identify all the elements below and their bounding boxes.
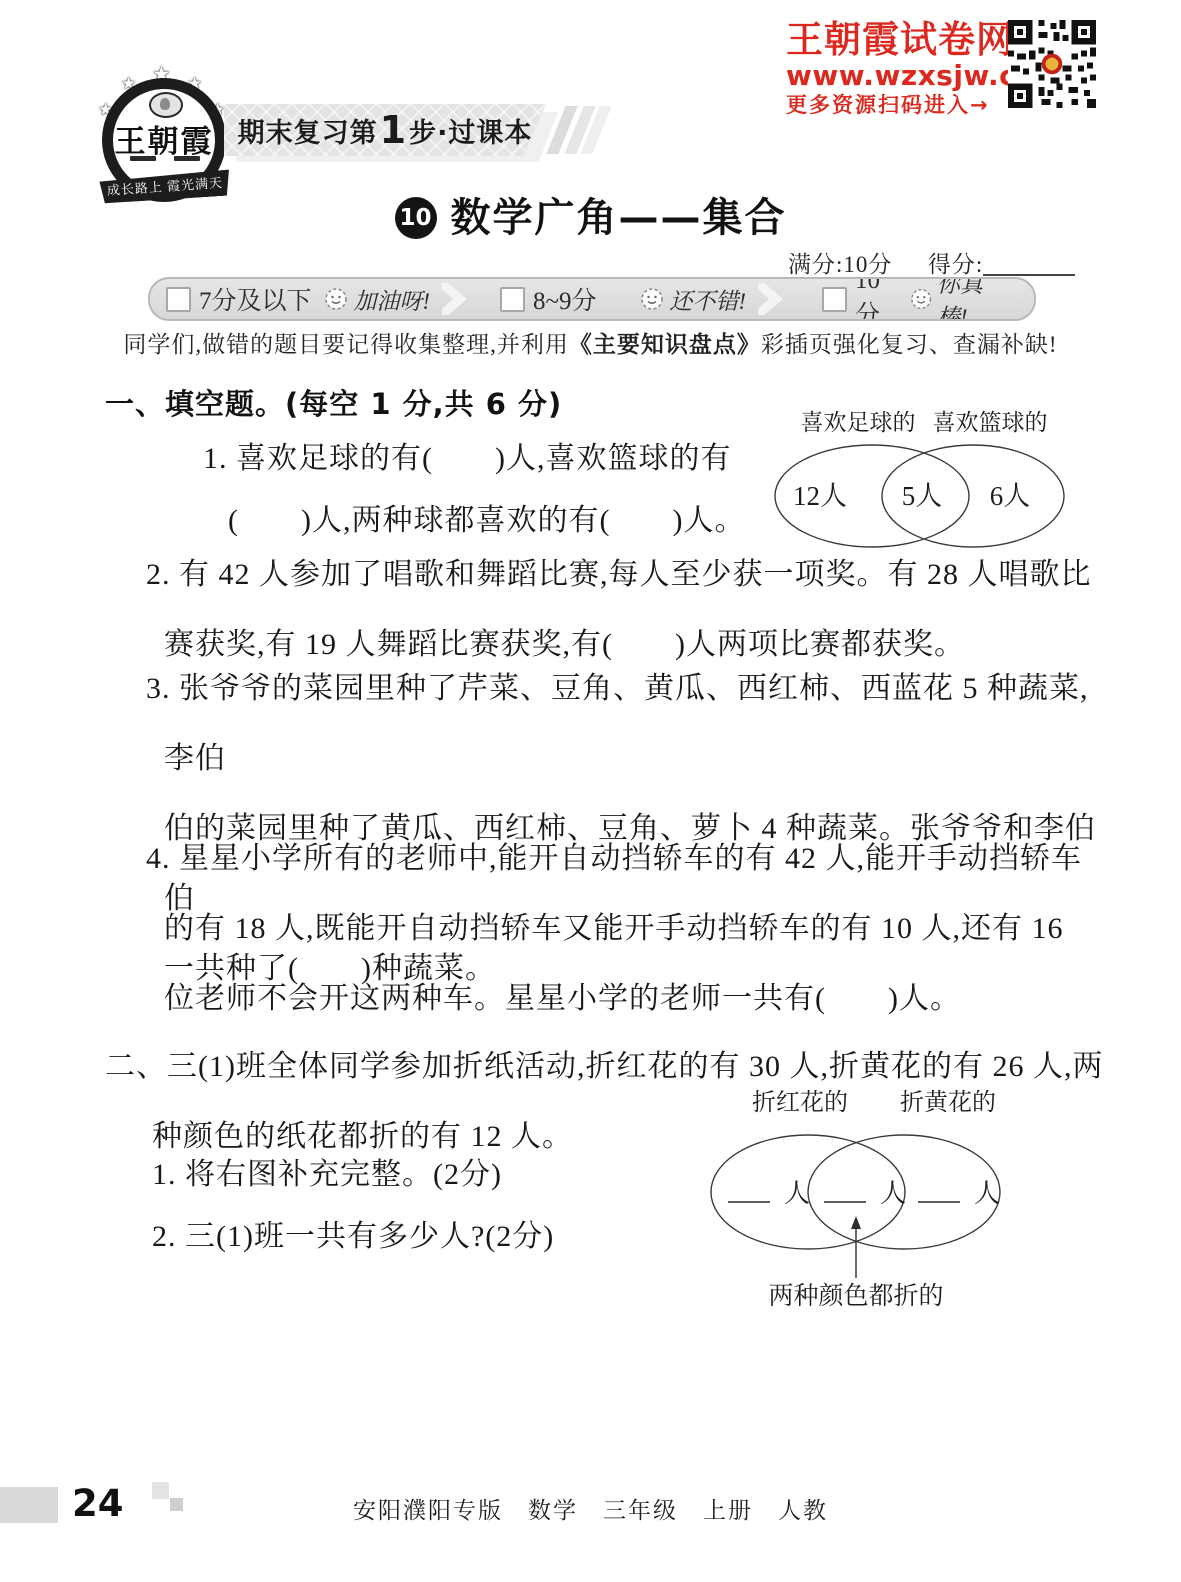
lesson-number-badge: 10: [395, 197, 437, 239]
got-score-label: 得分:: [928, 252, 983, 277]
logo-name: 王朝霞: [106, 116, 222, 161]
footer-edition: 安阳濮阳专版 数学 三年级 上册 人教: [0, 1492, 1181, 1525]
question-line: 3. 张爷爷的菜园里种了芹菜、豆角、黄瓜、西红柿、西蓝花 5 种蔬菜,李伯: [164, 654, 1104, 794]
site-brand: 王朝霞试卷网: [786, 20, 1002, 60]
notice-pre: 同学们,做错的题目要记得收集整理,并利用: [123, 332, 569, 357]
question-line: 位老师不会开这两种车。星星小学的老师一共有( )人。: [164, 964, 1104, 1034]
portrait-oval-icon: [149, 92, 183, 118]
qr-code: [1008, 20, 1096, 108]
venn2-unit: 人: [880, 1179, 906, 1208]
score-segment-low: 7分及以下 加油呀!: [150, 279, 466, 319]
section2-sub1: 1. 将右图补充完整。(2分): [152, 1155, 502, 1195]
chevron-separator-icon: [758, 283, 782, 315]
venn-diagram-flowers: 折红花的 折黄花的 人 人 人 两种颜色都折的: [690, 1082, 1094, 1312]
venn1-left-label: 喜欢足球的: [801, 410, 916, 435]
score-band: 7分及以下 加油呀! 8~9分 还不错! 10分 你真棒!: [148, 277, 1036, 321]
page-title: 数学广角——集合: [451, 195, 787, 241]
notice-line: 同学们,做错的题目要记得收集整理,并利用《主要知识盘点》彩插页强化复习、查漏补缺…: [0, 326, 1181, 359]
cheer-face-icon: [324, 287, 348, 311]
checkbox-8-9[interactable]: [500, 287, 525, 312]
venn2-unit: 人: [784, 1179, 810, 1208]
venn2-right-label: 折黄花的: [900, 1089, 996, 1116]
venn2-caption: 两种颜色都折的: [768, 1282, 943, 1310]
checkbox-7-and-below[interactable]: [166, 287, 191, 312]
venn1-right-value: 6人: [990, 481, 1031, 511]
score-blank-line[interactable]: [983, 254, 1075, 276]
venn2-unit: 人: [974, 1179, 1000, 1208]
question-line: 1. 喜欢足球的有( )人,喜欢篮球的有: [228, 428, 808, 490]
venn-diagram-balls: 喜欢足球的 喜欢篮球的 12人 5人 6人: [758, 402, 1076, 552]
venn1-left-value: 12人: [793, 481, 847, 511]
section2-sub2: 2. 三(1)班一共有多少人?(2分): [152, 1217, 554, 1257]
arrow-up-icon: [851, 1216, 861, 1229]
score-segment-mid: 8~9分 还不错!: [466, 279, 782, 319]
step-band: 期末复习第 1 步·过课本: [224, 104, 546, 156]
publisher-site-block: 王朝霞试卷网 www.wzxsjw.com 更多资源扫码进入→: [786, 20, 1002, 118]
score-range-label: 7分及以下: [199, 281, 312, 317]
checkbox-10[interactable]: [822, 287, 847, 312]
score-remark-label: 加油呀!: [353, 283, 430, 316]
question-line: 的有 18 人,既能开自动挡轿车又能开手动挡轿车的有 10 人,还有 16: [164, 894, 1104, 964]
paper-title-row: 10数学广角——集合: [0, 186, 1181, 243]
ok-face-icon: [640, 287, 664, 311]
band-title-post: 步·过课本: [409, 111, 532, 150]
score-segment-high: 10分 你真棒!: [782, 279, 1034, 319]
site-url: www.wzxsjw.com: [786, 60, 1002, 92]
band-title-pre: 期末复习第: [238, 111, 378, 150]
question-line: 2. 有 42 人参加了唱歌和舞蹈比赛,每人至少获一项奖。有 28 人唱歌比: [164, 540, 1104, 610]
section1-heading: 一、填空题。(每空 1 分,共 6 分): [105, 382, 562, 423]
venn1-mid-value: 5人: [902, 481, 943, 511]
score-remark-label: 你真棒!: [937, 277, 1008, 321]
venn1-right-label: 喜欢篮球的: [933, 410, 1048, 435]
question-line: 4. 星星小学所有的老师中,能开自动挡轿车的有 42 人,能开手动挡轿车: [164, 824, 1104, 894]
question-4: 4. 星星小学所有的老师中,能开自动挡轿车的有 42 人,能开手动挡轿车 的有 …: [146, 824, 1104, 1034]
score-remark-label: 还不错!: [669, 283, 746, 316]
notice-book-title: 《主要知识盘点》: [569, 332, 761, 358]
great-face-icon: [910, 287, 932, 311]
chevron-separator-icon: [442, 283, 466, 315]
worksheet-page: ★ ★ ★ ★ ★ 王朝霞 成长路上 霞光满天 期末复习第 1 步·过课本 王朝…: [0, 0, 1181, 1582]
score-line: 满分:10分 得分:: [788, 246, 1075, 279]
question-1: 1. 喜欢足球的有( )人,喜欢篮球的有 ( )人,两种球都喜欢的有( )人。: [203, 428, 808, 552]
site-scan-hint: 更多资源扫码进入→: [786, 92, 1002, 118]
score-range-label: 10分: [855, 277, 902, 321]
score-range-label: 8~9分: [533, 281, 597, 317]
band-step-number: 1: [378, 108, 409, 152]
full-score-label: 满分:10分: [788, 252, 892, 277]
logo-small-text-marks: [130, 156, 200, 161]
venn2-left-label: 折红花的: [752, 1089, 848, 1116]
notice-post: 彩插页强化复习、查漏补缺!: [761, 332, 1058, 357]
